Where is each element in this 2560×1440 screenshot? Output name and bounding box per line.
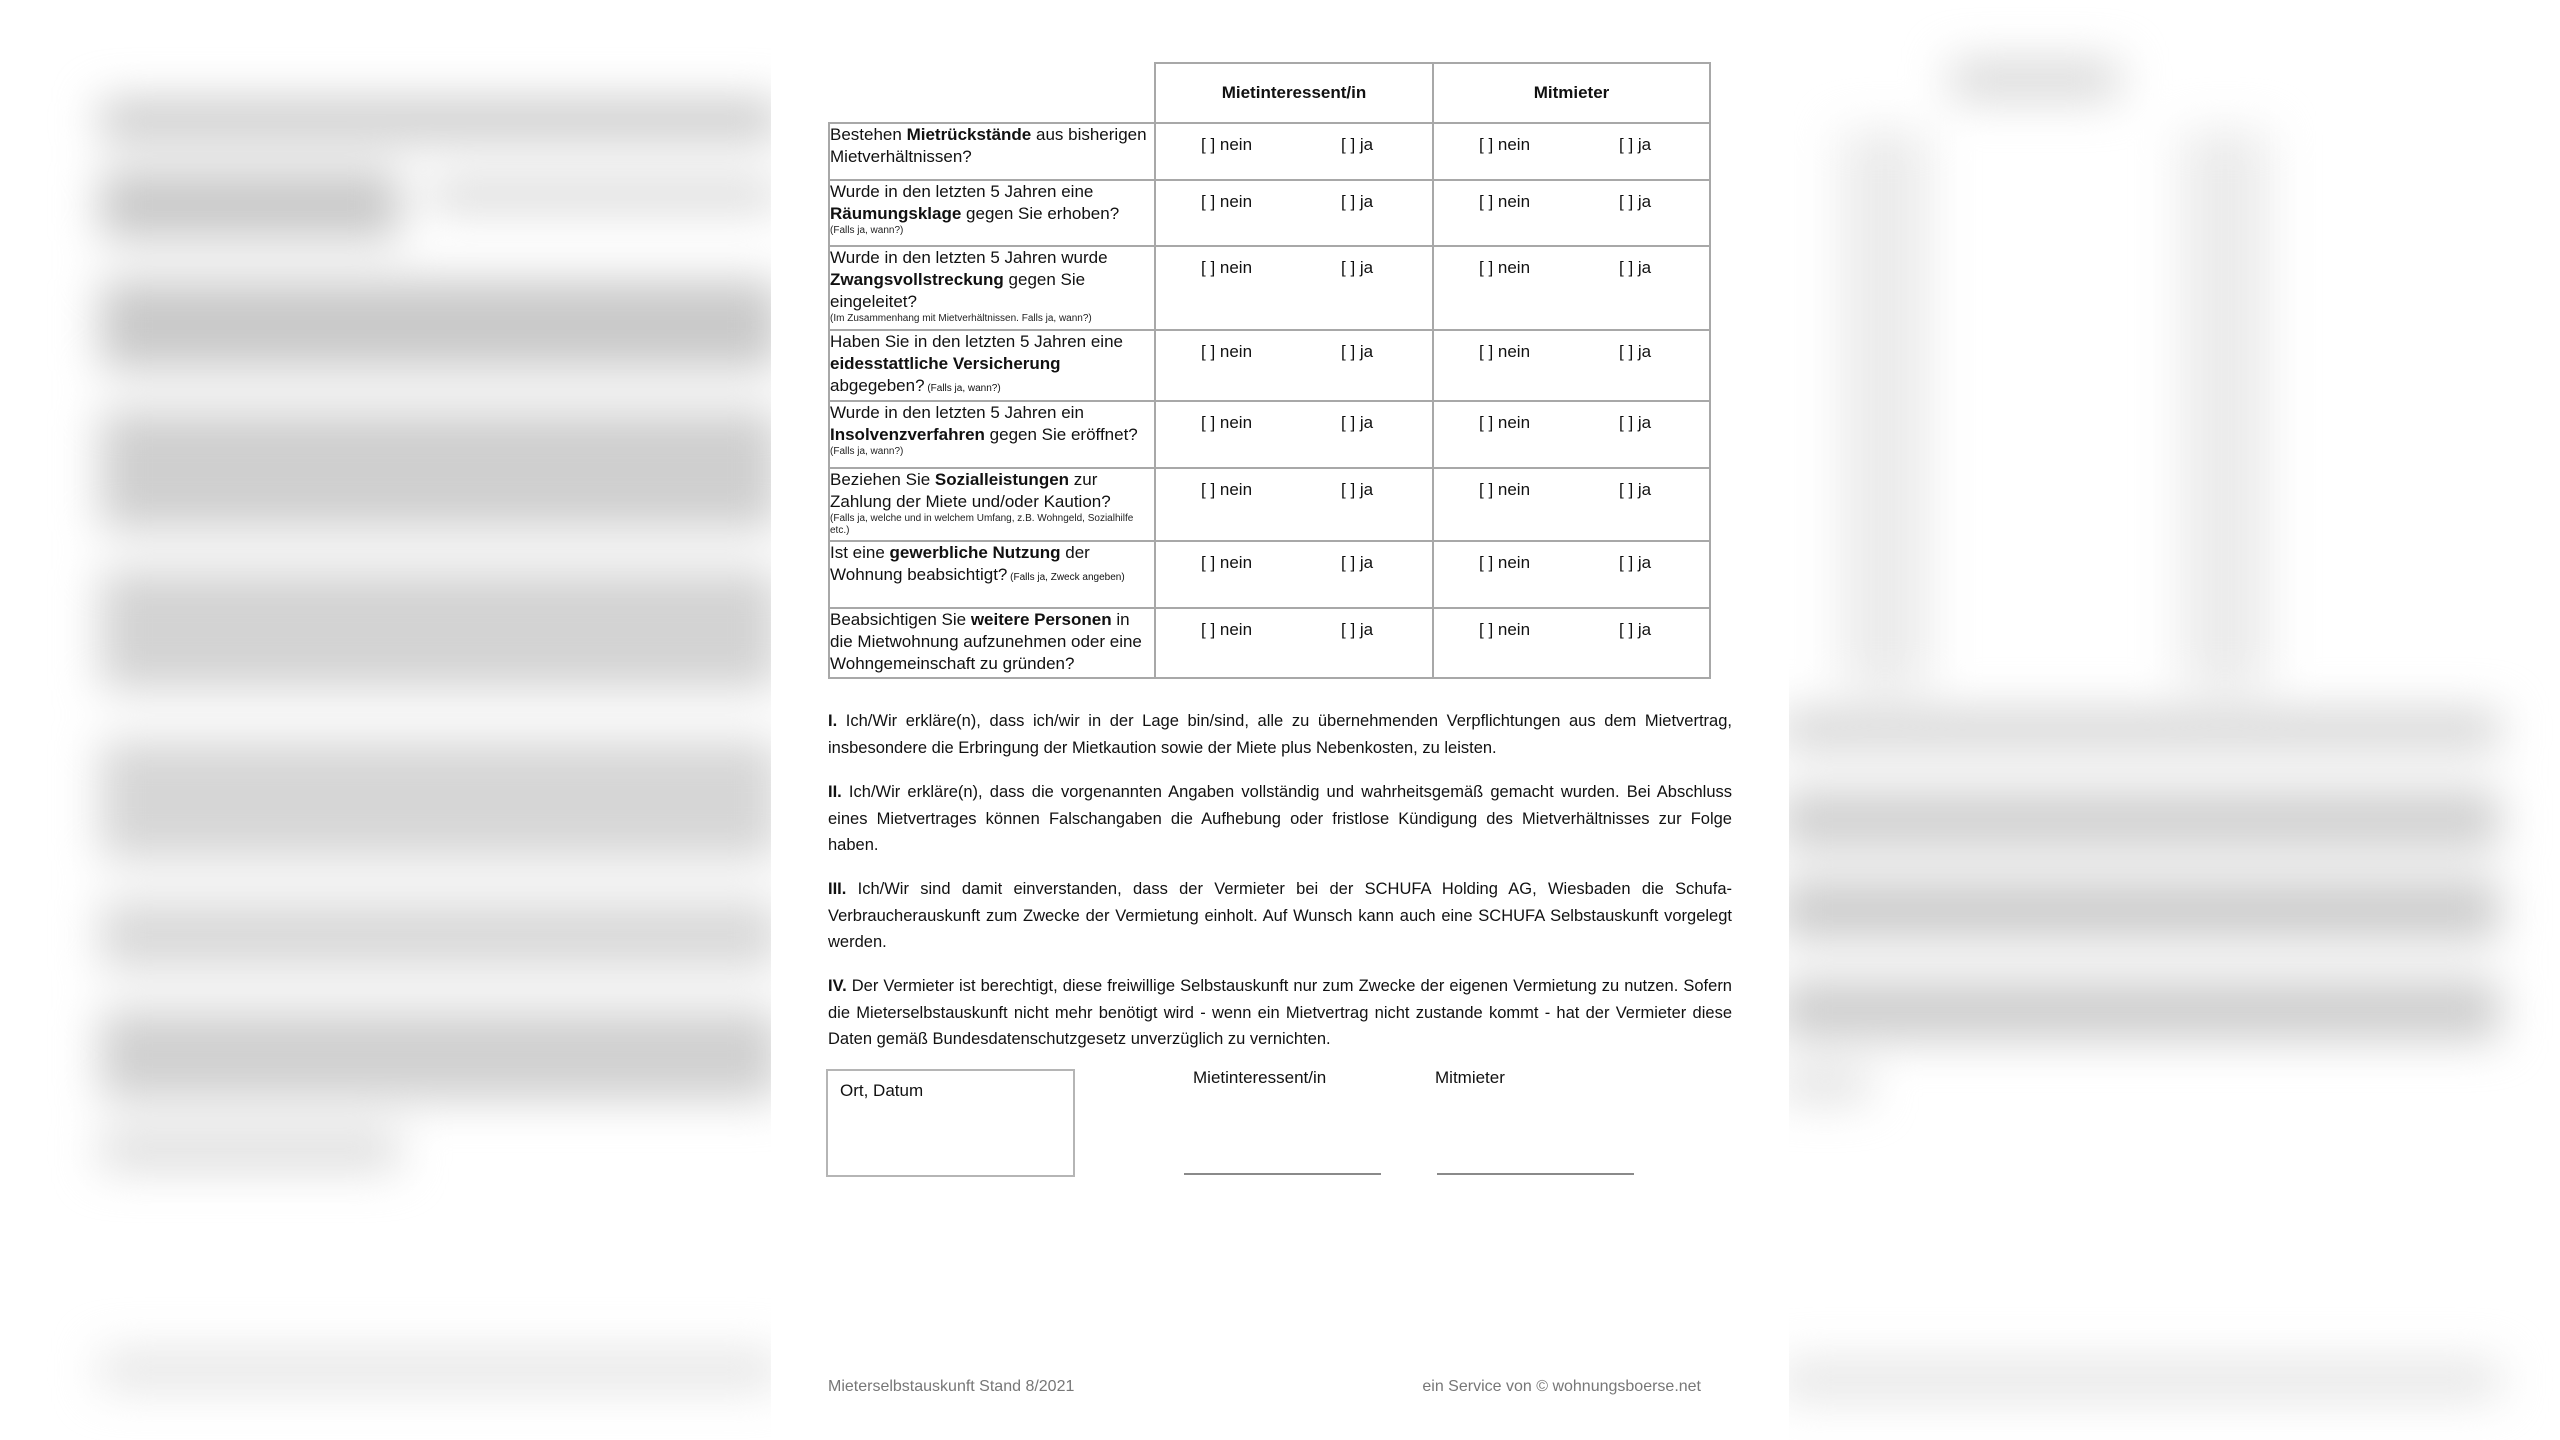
answer-cell-cotenant: [ ] nein[ ] ja (1433, 541, 1710, 608)
question-cell: Bestehen Mietrückstände aus bisherigen M… (829, 123, 1155, 180)
question-keyword: weitere Personen (971, 610, 1112, 629)
question-cell: Beziehen Sie Sozialleistungen zur Zahlun… (829, 468, 1155, 541)
table-row: Haben Sie in den letzten 5 Jahren eine e… (829, 330, 1710, 401)
blurred-background-page-right (1780, 20, 2540, 1420)
table-row: Ist eine gewerbliche Nutzung der Wohnung… (829, 541, 1710, 608)
answer-cell-cotenant: [ ] nein[ ] ja (1433, 330, 1710, 401)
column-header-applicant: Mietinteressent/in (1155, 63, 1433, 123)
answer-cell-applicant: [ ] nein[ ] ja (1155, 123, 1433, 180)
checkbox-ja-cotenant[interactable]: [ ] ja (1619, 412, 1651, 434)
declaration-number: II. (828, 783, 842, 801)
checkbox-ja-cotenant[interactable]: [ ] ja (1619, 552, 1651, 574)
question-note: (Im Zusammenhang mit Mietverhältnissen. … (830, 313, 1154, 325)
question-keyword: Mietrückstände (907, 125, 1032, 144)
question-cell: Ist eine gewerbliche Nutzung der Wohnung… (829, 541, 1155, 608)
document-page: Mietinteressent/in Mitmieter Bestehen Mi… (771, 0, 1789, 1440)
declaration-text: Ich/Wir erkläre(n), dass die vorgenannte… (828, 783, 1732, 854)
answer-cell-cotenant: [ ] nein[ ] ja (1433, 246, 1710, 330)
question-text: Wurde in den letzten 5 Jahren eine (830, 182, 1093, 201)
answer-cell-applicant: [ ] nein[ ] ja (1155, 401, 1433, 468)
question-text: gegen Sie eröffnet? (985, 425, 1138, 444)
answer-cell-cotenant: [ ] nein[ ] ja (1433, 608, 1710, 678)
signature-line-cotenant[interactable] (1437, 1173, 1634, 1175)
question-text: Beabsichtigen Sie (830, 610, 971, 629)
answer-cell-applicant: [ ] nein[ ] ja (1155, 330, 1433, 401)
question-note: (Falls ja, wann?) (830, 225, 1154, 237)
footer-version: Mieterselbstauskunft Stand 8/2021 (828, 1378, 1074, 1396)
checkbox-ja-applicant[interactable]: [ ] ja (1341, 341, 1373, 363)
declaration-paragraph: III. Ich/Wir sind damit einverstanden, d… (828, 876, 1732, 956)
table-row: Wurde in den letzten 5 Jahren eine Räumu… (829, 180, 1710, 246)
answer-cell-cotenant: [ ] nein[ ] ja (1433, 468, 1710, 541)
question-cell: Wurde in den letzten 5 Jahren eine Räumu… (829, 180, 1155, 246)
question-keyword: Sozialleistungen (935, 470, 1069, 489)
checkbox-nein-applicant[interactable]: [ ] nein (1201, 191, 1252, 213)
answer-cell-cotenant: [ ] nein[ ] ja (1433, 401, 1710, 468)
answer-cell-cotenant: [ ] nein[ ] ja (1433, 123, 1710, 180)
checkbox-nein-cotenant[interactable]: [ ] nein (1479, 412, 1530, 434)
checkbox-ja-cotenant[interactable]: [ ] ja (1619, 191, 1651, 213)
declaration-text: Der Vermieter ist berechtigt, diese frei… (828, 977, 1732, 1048)
question-text: Bestehen (830, 125, 907, 144)
question-text: abgegeben? (830, 376, 925, 395)
checkbox-nein-cotenant[interactable]: [ ] nein (1479, 552, 1530, 574)
checkbox-ja-applicant[interactable]: [ ] ja (1341, 191, 1373, 213)
question-keyword: gewerbliche Nutzung (890, 543, 1061, 562)
question-text: Haben Sie in den letzten 5 Jahren eine (830, 332, 1123, 351)
declaration-number: I. (828, 712, 837, 730)
checkbox-ja-cotenant[interactable]: [ ] ja (1619, 479, 1651, 501)
question-cell: Beabsichtigen Sie weitere Personen in di… (829, 608, 1155, 678)
checkbox-nein-applicant[interactable]: [ ] nein (1201, 412, 1252, 434)
checkbox-nein-applicant[interactable]: [ ] nein (1201, 552, 1252, 574)
checkbox-nein-cotenant[interactable]: [ ] nein (1479, 191, 1530, 213)
checkbox-ja-applicant[interactable]: [ ] ja (1341, 134, 1373, 156)
answer-cell-applicant: [ ] nein[ ] ja (1155, 608, 1433, 678)
checkbox-ja-applicant[interactable]: [ ] ja (1341, 619, 1373, 641)
signature-label-applicant: Mietinteressent/in (1193, 1068, 1326, 1088)
question-note: (Falls ja, wann?) (830, 446, 1154, 458)
question-text: gegen Sie erhoben? (961, 204, 1119, 223)
checkbox-ja-cotenant[interactable]: [ ] ja (1619, 619, 1651, 641)
checkbox-nein-cotenant[interactable]: [ ] nein (1479, 479, 1530, 501)
question-cell: Haben Sie in den letzten 5 Jahren eine e… (829, 330, 1155, 401)
checkbox-nein-applicant[interactable]: [ ] nein (1201, 619, 1252, 641)
checkbox-ja-cotenant[interactable]: [ ] ja (1619, 134, 1651, 156)
checkbox-ja-cotenant[interactable]: [ ] ja (1619, 257, 1651, 279)
question-text: Ist eine (830, 543, 890, 562)
question-cell: Wurde in den letzten 5 Jahren ein Insolv… (829, 401, 1155, 468)
checkbox-ja-cotenant[interactable]: [ ] ja (1619, 341, 1651, 363)
checkbox-ja-applicant[interactable]: [ ] ja (1341, 412, 1373, 434)
column-header-cotenant: Mitmieter (1433, 63, 1710, 123)
table-row: Wurde in den letzten 5 Jahren ein Insolv… (829, 401, 1710, 468)
questionnaire-table: Mietinteressent/in Mitmieter Bestehen Mi… (828, 62, 1711, 679)
question-text: Wurde in den letzten 5 Jahren wurde (830, 248, 1108, 267)
answer-cell-cotenant: [ ] nein[ ] ja (1433, 180, 1710, 246)
answer-cell-applicant: [ ] nein[ ] ja (1155, 468, 1433, 541)
checkbox-nein-cotenant[interactable]: [ ] nein (1479, 619, 1530, 641)
place-date-field[interactable]: Ort, Datum (826, 1069, 1075, 1177)
table-corner (829, 63, 1155, 123)
checkbox-nein-cotenant[interactable]: [ ] nein (1479, 341, 1530, 363)
blurred-background-page-left (70, 60, 790, 1430)
checkbox-ja-applicant[interactable]: [ ] ja (1341, 479, 1373, 501)
question-keyword: Insolvenzverfahren (830, 425, 985, 444)
checkbox-nein-applicant[interactable]: [ ] nein (1201, 341, 1252, 363)
question-note: (Falls ja, welche und in welchem Umfang,… (830, 513, 1154, 537)
question-note: (Falls ja, Zweck angeben) (1007, 572, 1124, 583)
declaration-text: Ich/Wir erkläre(n), dass ich/wir in der … (828, 712, 1732, 757)
signature-line-applicant[interactable] (1184, 1173, 1381, 1175)
table-row: Beziehen Sie Sozialleistungen zur Zahlun… (829, 468, 1710, 541)
declaration-number: III. (828, 880, 846, 898)
checkbox-nein-cotenant[interactable]: [ ] nein (1479, 257, 1530, 279)
table-row: Bestehen Mietrückstände aus bisherigen M… (829, 123, 1710, 180)
checkbox-ja-applicant[interactable]: [ ] ja (1341, 257, 1373, 279)
declaration-number: IV. (828, 977, 847, 995)
table-row: Beabsichtigen Sie weitere Personen in di… (829, 608, 1710, 678)
answer-cell-applicant: [ ] nein[ ] ja (1155, 541, 1433, 608)
place-date-label: Ort, Datum (840, 1081, 923, 1101)
checkbox-nein-cotenant[interactable]: [ ] nein (1479, 134, 1530, 156)
checkbox-nein-applicant[interactable]: [ ] nein (1201, 479, 1252, 501)
declaration-paragraph: II. Ich/Wir erkläre(n), dass die vorgena… (828, 779, 1732, 859)
declaration-paragraph: IV. Der Vermieter ist berechtigt, diese … (828, 973, 1732, 1053)
checkbox-ja-applicant[interactable]: [ ] ja (1341, 552, 1373, 574)
answer-cell-applicant: [ ] nein[ ] ja (1155, 246, 1433, 330)
question-note: (Falls ja, wann?) (925, 383, 1001, 394)
question-text: Wurde in den letzten 5 Jahren ein (830, 403, 1084, 422)
question-keyword: eidesstattliche Versicherung (830, 354, 1061, 373)
table-row: Wurde in den letzten 5 Jahren wurde Zwan… (829, 246, 1710, 330)
question-keyword: Zwangsvollstreckung (830, 270, 1004, 289)
checkbox-nein-applicant[interactable]: [ ] nein (1201, 134, 1252, 156)
question-keyword: Räumungsklage (830, 204, 961, 223)
question-text: Beziehen Sie (830, 470, 935, 489)
declaration-paragraph: I. Ich/Wir erkläre(n), dass ich/wir in d… (828, 708, 1732, 761)
checkbox-nein-applicant[interactable]: [ ] nein (1201, 257, 1252, 279)
answer-cell-applicant: [ ] nein[ ] ja (1155, 180, 1433, 246)
signature-label-cotenant: Mitmieter (1435, 1068, 1505, 1088)
question-cell: Wurde in den letzten 5 Jahren wurde Zwan… (829, 246, 1155, 330)
declaration-text: Ich/Wir sind damit einverstanden, dass d… (828, 880, 1732, 951)
footer-service-credit: ein Service von © wohnungsboerse.net (1422, 1378, 1701, 1396)
